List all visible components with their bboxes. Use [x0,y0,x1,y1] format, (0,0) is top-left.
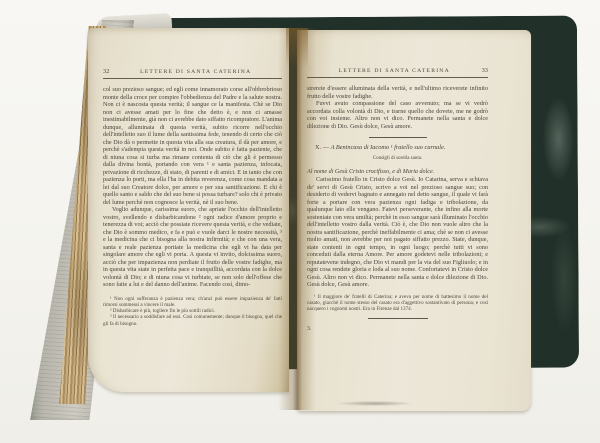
right-running-header: LETTERE DI SANTA CATERINA 33 [307,67,488,74]
book-photo: 32 LETTERE DI SANTA CATERINA col suo pre… [0,0,600,443]
left-header-rule [103,78,282,79]
page-bottom-smudge [328,400,432,407]
right-body-text: strerete d'essere alluminata della verit… [307,85,488,130]
letter-title: A Benincasa di Iacomo ¹ fratello suo car… [331,144,446,151]
right-continuation-paragraph: strerete d'essere alluminata della verit… [307,85,488,100]
right-paragraph-2: Fuvvi avuto compassione del caso avvenut… [307,100,488,130]
left-page-content: 32 LETTERE DI SANTA CATERINA col suo pre… [88,28,289,392]
left-running-header: 32 LETTERE DI SANTA CATERINA [103,68,282,75]
left-footnote-1: ¹ Non ogni sofferanza è pazienza vera; c… [103,296,282,308]
left-header-title: LETTERE DI SANTA CATERINA [109,69,282,75]
right-header-title: LETTERE DI SANTA CATERINA [307,68,482,74]
left-footnote-3: ³ Il necessario a soddisfare ad essi. Co… [103,314,282,326]
signature-mark: 3. [307,326,488,332]
right-footnote: ¹ Il maggiore de' fratelli di Caterina; … [307,294,488,313]
footnote-rule [368,318,428,319]
left-paragraph-1: col suo prezioso sangue; ed egli come in… [103,86,282,206]
letter-subtitle: Consigli di sorella santa. [307,156,488,161]
section-divider-rule [369,137,427,138]
right-page: LETTERE DI SANTA CATERINA 33 strerete d'… [297,30,531,411]
letter-number: X. — [315,144,329,151]
right-header-rule [307,77,488,78]
right-page-content: LETTERE DI SANTA CATERINA 33 strerete d'… [297,30,531,411]
left-page: 32 LETTERE DI SANTA CATERINA col suo pre… [88,28,289,392]
left-body-text: col suo prezioso sangue; ed egli come in… [103,86,282,289]
letter-body: Carissimo fratello in Cristo dolce Gesù.… [307,176,488,289]
letter-salutation: Al nome di Gesù Cristo crocifisso, e di … [307,169,488,177]
right-page-number: 33 [482,67,488,74]
left-paragraph-2: Voglio adunque, carissima suoro, che apr… [103,206,282,289]
left-footnotes: ¹ Non ogni sofferanza è pazienza vera; c… [103,296,282,327]
letter-heading: X. — A Benincasa di Iacomo ¹ fratello su… [307,144,488,151]
